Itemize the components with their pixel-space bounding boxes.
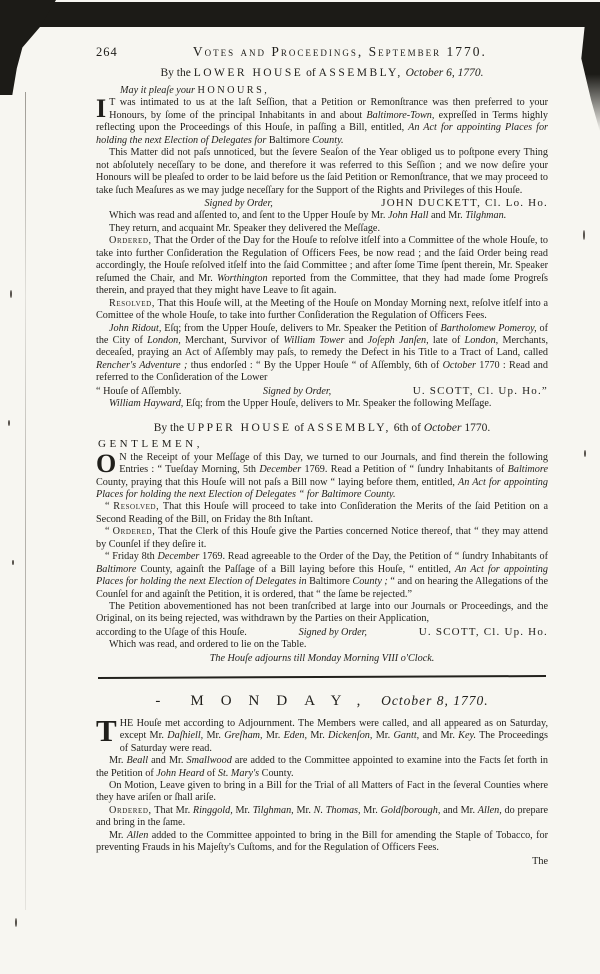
text-segment: John Hall xyxy=(388,210,428,221)
paragraph: Which was read, and ordered to lie on th… xyxy=(96,639,548,651)
text-segment: 1770. xyxy=(462,422,491,434)
content-blocks: By the LOWER HOUSE of ASSEMBLY, October … xyxy=(96,67,548,868)
text-segment: By the xyxy=(160,67,193,79)
text-segment: of xyxy=(291,422,306,434)
text-segment: added to the Committee appointed to brin… xyxy=(96,830,548,853)
text-segment: William Hayward, xyxy=(109,398,183,409)
text-segment: They return, and acquaint Mr. Speaker th… xyxy=(109,223,380,234)
text-segment: and Mr. xyxy=(428,210,465,221)
running-header: 264 Votes and Proceedings, September 177… xyxy=(96,46,548,58)
text-segment: December xyxy=(259,464,301,475)
text-segment: Bartholomew Pomeroy, xyxy=(441,323,537,334)
text-segment: May it pleaſe your xyxy=(120,85,198,96)
signed-left: according to the Uſage of this Houſe. xyxy=(96,627,247,639)
text-segment: That this Houſe will proceed to take int… xyxy=(96,501,548,524)
scan-speck xyxy=(12,560,14,565)
page-body: 264 Votes and Proceedings, September 177… xyxy=(96,46,548,868)
paragraph: “ Ordered, That the Clerk of this Houſe … xyxy=(96,526,548,551)
text-segment: Greſham, xyxy=(224,730,262,741)
text-segment: Worthington xyxy=(217,273,268,284)
salutation-gentlemen: GENTLEMEN, xyxy=(96,438,548,450)
text-segment: County. xyxy=(259,768,293,779)
text-segment: Baltimore xyxy=(309,576,352,587)
section-heading-lower-house: By the LOWER HOUSE of ASSEMBLY, October … xyxy=(96,67,548,79)
text-segment: That Mr. xyxy=(152,805,193,816)
drop-cap: O xyxy=(96,452,119,474)
text-segment: Dickenſon, xyxy=(328,730,372,741)
signature-line: Signed by Order,JOHN DUCKETT, Cl. Lo. Ho… xyxy=(96,197,548,210)
text-segment: Tilghman, xyxy=(253,805,294,816)
text-segment: and xyxy=(344,335,367,346)
text-segment: William Tower xyxy=(283,335,344,346)
drop-cap: I xyxy=(96,97,109,119)
paragraph: John Ridout, Eſq; from the Upper Houſe, … xyxy=(96,323,548,385)
text-segment: County ; xyxy=(352,576,387,587)
text-segment: Eſq; from the Upper Houſe, delivers to M… xyxy=(161,323,440,334)
text-segment: Baltimore-Town, xyxy=(366,110,434,121)
paragraph: Ordered, That Mr. Ringgold, Mr. Tilghman… xyxy=(96,805,548,830)
drop-cap: T xyxy=(96,718,120,743)
text-segment: London, xyxy=(465,335,499,346)
text-segment: Allen, xyxy=(478,805,502,816)
signed-right: U. SCOTT, Cl. Up. Ho.” xyxy=(413,385,548,397)
page-number: 264 xyxy=(96,46,118,58)
text-segment: The Houſe adjourns till Monday Morning V… xyxy=(210,653,435,664)
text-segment: Ordered, xyxy=(109,235,152,246)
text-segment: St. Mary's xyxy=(218,768,259,779)
text-segment: Eſq; from the Upper Houſe, delivers to M… xyxy=(183,398,491,409)
text-segment: Rencher's Adventure ; xyxy=(96,360,187,371)
paragraph: They return, and acquaint Mr. Speaker th… xyxy=(96,223,548,235)
paragraph: IT was intimated to us at the laſt Seſſi… xyxy=(96,97,548,147)
text-segment: That the Clerk of this Houſe give the Pa… xyxy=(96,526,548,549)
text-segment: UPPER HOUSE xyxy=(187,422,292,434)
text-segment: Joſeph Janſen, xyxy=(368,335,429,346)
text-segment: That this Houſe will, at the Meeting of … xyxy=(96,298,548,321)
text-segment: Mr. xyxy=(361,805,381,816)
text-segment: Resolved, xyxy=(109,298,155,309)
text-segment: October xyxy=(443,360,476,371)
text-segment: Resolved, xyxy=(113,501,159,512)
text-segment: Mr. xyxy=(233,805,253,816)
text-segment: Mr. xyxy=(109,830,127,841)
signed-right: JOHN DUCKETT, Cl. Lo. Ho. xyxy=(381,197,548,209)
paragraph: Resolved, That this Houſe will, at the M… xyxy=(96,298,548,323)
text-segment: Eden, xyxy=(284,730,307,741)
signature-line: according to the Uſage of this Houſe.Sig… xyxy=(96,626,548,639)
text-segment: Which was read and aſſented to, and ſent… xyxy=(109,210,388,221)
adjournment-line: The Houſe adjourns till Monday Morning V… xyxy=(96,653,548,665)
section-heading-upper-house: By the UPPER HOUSE of ASSEMBLY, 6th of O… xyxy=(96,422,548,434)
text-segment: John Ridout, xyxy=(109,323,161,334)
scan-speck xyxy=(584,450,586,457)
text-segment: Daſhiell, xyxy=(167,730,203,741)
text-segment: of xyxy=(204,768,218,779)
text-segment: Allen xyxy=(127,830,149,841)
text-segment: The Petition abovementioned has not been… xyxy=(96,601,548,624)
text-segment: Ordered, xyxy=(109,805,152,816)
text-segment: Mr. xyxy=(307,730,328,741)
text-segment: Baltimore xyxy=(269,135,312,146)
text-segment: December xyxy=(157,551,199,562)
signed-mid: Signed by Order, xyxy=(299,627,367,639)
text-segment: Baltimore xyxy=(96,564,136,575)
text-segment: of xyxy=(303,67,318,79)
scan-speck xyxy=(583,230,585,240)
text-segment: and Mr. xyxy=(440,805,477,816)
salutation-honours: May it pleaſe your HONOURS, xyxy=(96,85,548,97)
day-heading-monday: -MONDAY, October 8, 1770. xyxy=(96,695,548,707)
text-segment: LOWER HOUSE xyxy=(194,67,304,79)
binding-shadow xyxy=(0,0,56,95)
text-segment: ASSEMBLY, xyxy=(307,422,391,434)
text-segment: and Mr. xyxy=(148,755,186,766)
page-header-title: Votes and Proceedings, September 1770. xyxy=(132,46,548,58)
text-segment: Key. xyxy=(458,730,476,741)
paragraph: William Hayward, Eſq; from the Upper Hou… xyxy=(96,398,548,410)
paragraph: ON the Receipt of your Meſſage of this D… xyxy=(96,452,548,502)
paragraph: “ Resolved, That this Houſe will proceed… xyxy=(96,501,548,526)
text-segment: GENTLEMEN, xyxy=(98,438,203,450)
text-segment: Baltimore xyxy=(508,464,548,475)
paragraph: Which was read and aſſented to, and ſent… xyxy=(96,210,548,222)
text-segment: Mr. xyxy=(109,755,127,766)
text-segment: late of xyxy=(429,335,465,346)
signed-mid: Signed by Order, xyxy=(204,198,272,210)
text-segment: Which was read, and ordered to lie on th… xyxy=(109,639,306,650)
signed-mid: Signed by Order, xyxy=(263,386,331,398)
section-divider xyxy=(98,675,546,679)
signed-right: U. SCOTT, Cl. Up. Ho. xyxy=(419,626,548,638)
paragraph: Mr. Allen added to the Committee appoint… xyxy=(96,830,548,855)
text-segment: Mr. xyxy=(203,730,224,741)
text-segment: County. xyxy=(312,135,343,146)
paragraph: THE Houſe met according to Adjournment. … xyxy=(96,718,548,755)
text-segment: Gantt, xyxy=(393,730,419,741)
text-segment: October 8, 1770. xyxy=(381,693,489,708)
text-segment: Ringgold, xyxy=(193,805,233,816)
text-segment: 6th of xyxy=(391,422,424,434)
text-segment: Mr. xyxy=(263,730,284,741)
text-segment: John Heard xyxy=(156,768,204,779)
text-segment: N. Thomas, xyxy=(314,805,361,816)
text-segment: “ xyxy=(105,526,113,537)
scan-speck xyxy=(15,918,17,927)
text-segment: London, xyxy=(147,335,181,346)
text-segment: Goldſborough, xyxy=(380,805,440,816)
text-segment: Smallwood xyxy=(187,755,232,766)
text-segment: The xyxy=(532,856,548,867)
text-segment: Beall xyxy=(127,755,149,766)
text-segment: and Mr. xyxy=(419,730,458,741)
document-scan: { "colors": { "ink": "#201f1b", "paper":… xyxy=(0,0,600,974)
text-segment: “ Friday 8th xyxy=(105,551,157,562)
paragraph: Mr. Beall and Mr. Smallwood are added to… xyxy=(96,755,548,780)
text-segment: Ordered, xyxy=(113,526,156,537)
text-segment: thus endorſed : “ By the Upper Houſe “ o… xyxy=(187,360,442,371)
text-segment: By the xyxy=(154,422,187,434)
text-segment: Tilghman. xyxy=(465,210,506,221)
text-segment: 1769. Read a Petition of “ ſundry Inhabi… xyxy=(301,464,507,475)
text-segment: ASSEMBLY, xyxy=(319,67,403,79)
text-segment: Mr. xyxy=(294,805,314,816)
text-segment: HONOURS, xyxy=(198,85,270,96)
catchword: The xyxy=(96,856,548,868)
text-segment: - xyxy=(155,693,160,709)
text-segment: MONDAY, xyxy=(190,693,377,709)
paragraph: This Matter did not paſs unnoticed, but … xyxy=(96,147,548,197)
text-segment: October 6, 1770. xyxy=(406,67,484,79)
scan-speck xyxy=(10,290,12,298)
text-segment: Merchant, Survivor of xyxy=(181,335,284,346)
text-segment: Mr. xyxy=(372,730,393,741)
text-segment: On Motion, Leave given to bring in a Bil… xyxy=(96,780,548,803)
text-segment: 1769. Read agreeable to the Order of the… xyxy=(199,551,548,562)
text-segment: County, againſt the Paſſage of a Bill la… xyxy=(136,564,455,575)
scan-speck xyxy=(8,420,10,426)
paragraph: On Motion, Leave given to bring in a Bil… xyxy=(96,780,548,805)
paragraph: The Petition abovementioned has not been… xyxy=(96,601,548,626)
text-segment: October xyxy=(424,422,462,434)
scan-corner-shadow xyxy=(578,27,600,132)
signature-line: “ Houſe of Aſſembly.Signed by Order,U. S… xyxy=(96,385,548,398)
paragraph: “ Friday 8th December 1769. Read agreeab… xyxy=(96,551,548,601)
top-scan-band xyxy=(0,2,600,27)
paragraph: Ordered, That the Order of the Day for t… xyxy=(96,235,548,297)
text-segment: County, praying that this Houſe will not… xyxy=(96,477,458,488)
fold-line xyxy=(25,92,26,910)
text-segment: This Matter did not paſs unnoticed, but … xyxy=(96,147,548,195)
signed-left: “ Houſe of Aſſembly. xyxy=(96,386,181,398)
